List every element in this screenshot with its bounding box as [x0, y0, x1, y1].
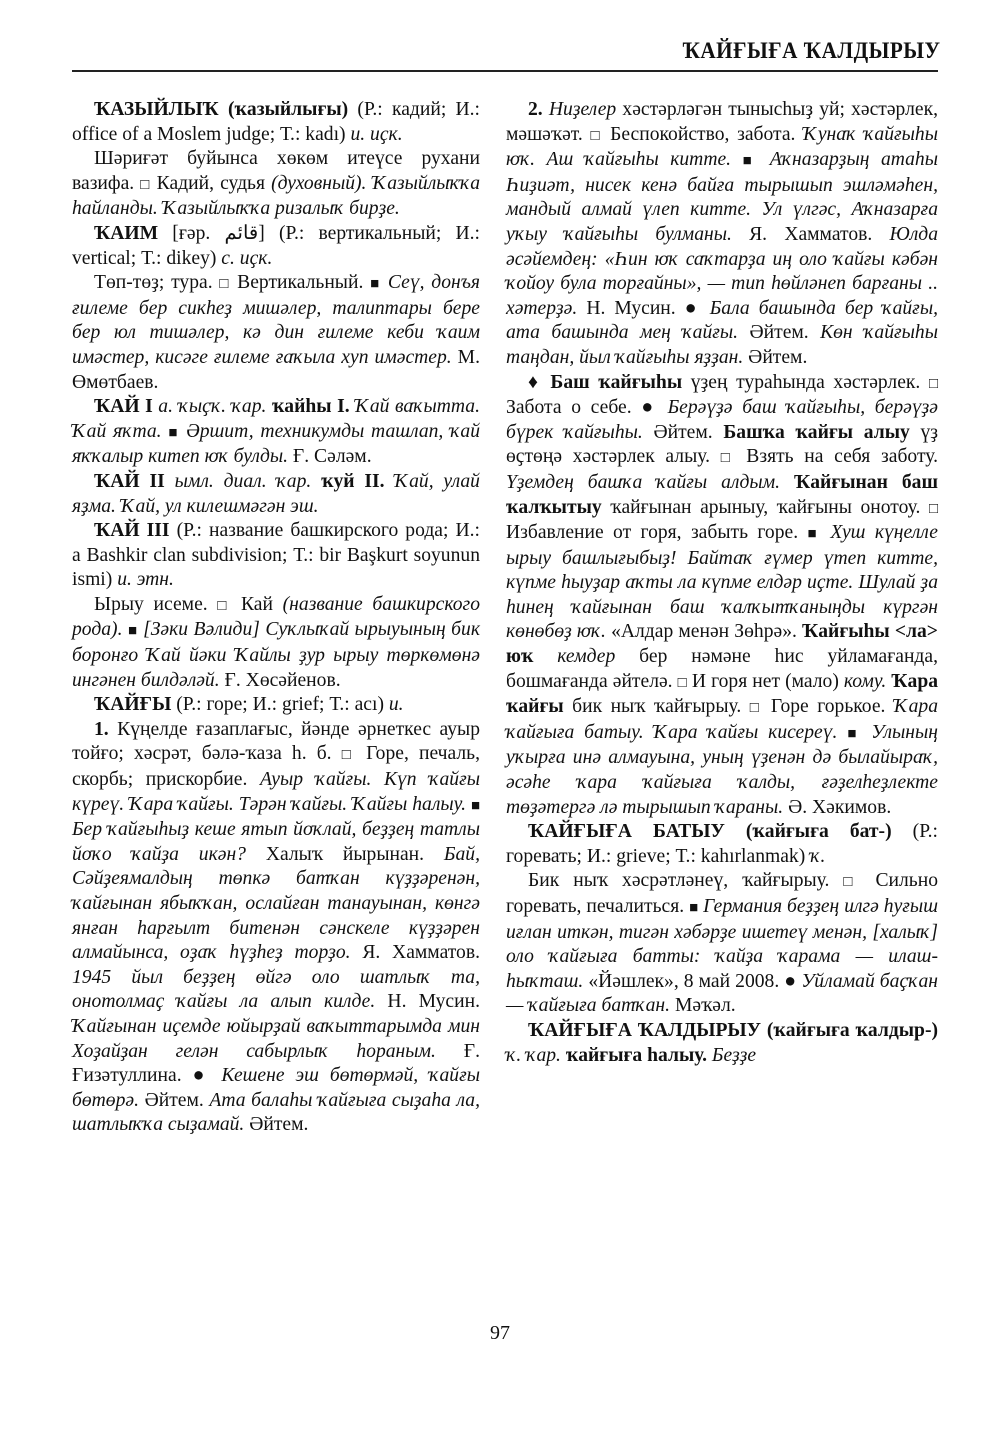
text: Я. Хамматов. [732, 224, 890, 245]
headword-bold: ҡайһы I. [272, 396, 350, 417]
open-square-icon: □ [140, 177, 150, 193]
header-rule [72, 70, 938, 72]
italic-text: Үҙемдең башҡа ҡайғы алдым. [506, 472, 794, 493]
open-square-icon: □ [217, 598, 231, 614]
text: Әйтем. [738, 322, 820, 343]
italic-text: ҡ. [810, 846, 825, 867]
text: ҡайғынан арыныу, ҡайғыны онотоу. [602, 497, 929, 518]
italic-text: кому. [844, 671, 891, 692]
text: И горя нет (мало) [687, 671, 844, 692]
headword-bold: ҡуй II. [321, 471, 384, 492]
text: Халыҡ йырынан. [246, 844, 444, 865]
filled-square-icon: ■ [370, 276, 381, 292]
dictionary-entry: Ырыу исеме. □ Кай (название башкирского … [72, 593, 480, 693]
dictionary-entry: ҠАЗЫЙЛЫҠ (ҡазыйлығы) (Р.: кадий; И.: off… [72, 98, 480, 147]
italic-text: и. этн. [117, 569, 174, 590]
page-number: 97 [0, 1322, 1000, 1345]
text: Әйтем. [743, 347, 807, 368]
text: Төп-төҙ; тура. [94, 272, 219, 293]
filled-square-icon: ■ [808, 526, 822, 542]
text: Избавление от горя, забыть горе. [506, 522, 808, 543]
dictionary-entry: ҠАЙҒЫ (Р.: горе; И.: grief; Т.: acı) и. [72, 693, 480, 718]
italic-text: с. иҫк. [221, 248, 272, 269]
headword-bold: Башҡа ҡайғы алыу [723, 422, 909, 443]
italic-text: Ниҙелер [543, 99, 617, 120]
text: Бик ныҡ хәсрәтләнеү, ҡайғырыу. [528, 870, 843, 891]
text: Ғ. Сәләм. [288, 446, 372, 467]
text: «Алдар менән Зөһрә». [606, 621, 802, 642]
filled-square-icon: ■ [128, 623, 138, 639]
open-square-icon: □ [591, 128, 603, 144]
dictionary-entry: ҠАЙҒЫҒА БАТЫУ (ҡайғыға бат-) (Р.: горева… [506, 820, 938, 869]
dictionary-entry: ҠАЙ I а. ҡыҫҡ. ҡар. ҡайһы I. Ҡай ваҡытта… [72, 395, 480, 470]
bullet-icon: ● [193, 1065, 211, 1086]
italic-text: и. иҫк. [350, 124, 402, 145]
text: Я. Хамматов. [351, 942, 480, 963]
bullet-icon: ● [685, 298, 701, 319]
text: Ырыу исеме. [94, 594, 217, 615]
text: Ғ. Хөсәйенов. [220, 670, 341, 691]
text: Мәҡәл. [670, 995, 736, 1016]
dictionary-entry: Шәриғәт буйынса хөкөм итеүсе рухани вази… [72, 147, 480, 222]
dictionary-entry: Бик ныҡ хәсрәтләнеү, ҡайғырыу. □ Сильно … [506, 869, 938, 1019]
open-square-icon: □ [721, 450, 736, 466]
text: Забота о себе. [506, 397, 641, 418]
headword-bold: ҠАЙ III [94, 520, 170, 541]
open-square-icon: □ [219, 276, 230, 292]
headword-bold: Баш ҡайғыһы [542, 372, 682, 393]
text: Горе горькое. [762, 696, 894, 717]
text: Н. Мусин. [577, 298, 684, 319]
headword-bold: 2. [528, 99, 543, 120]
italic-text: ымл. диал. ҡар. [165, 471, 321, 492]
text: Әйтем. [244, 1114, 308, 1135]
headword-bold: 1. [94, 719, 109, 740]
dictionary-entry: ҠАИМ [ғәр. قائم] (Р.: вертикальный; И.: … [72, 222, 480, 271]
open-square-icon: □ [750, 700, 763, 716]
dictionary-entry: ҠАЙ III (Р.: название башкирского рода; … [72, 519, 480, 593]
italic-text: кемдер [533, 646, 615, 667]
filled-square-icon: ■ [743, 153, 759, 169]
italic-text: Ҡайғынан иҫемде юйырҙай ваҡыттарымда мин… [72, 1016, 480, 1062]
italic-text: ҡ. ҡар. [506, 1045, 566, 1066]
text: Кай [231, 594, 282, 615]
bullet-icon: ● [784, 971, 796, 992]
text: Беспокойство, забота. [602, 124, 803, 145]
dictionary-entry: ♦ Баш ҡайғыһы үҙең тураһында хәстәрлек. … [506, 371, 938, 821]
filled-square-icon: ■ [471, 798, 480, 814]
text: бик ныҡ ҡайғырыу. [564, 696, 750, 717]
headword-bold: ҡайғыға һалыу. [566, 1045, 707, 1066]
text: Н. Мусин. [375, 991, 480, 1012]
dictionary-entry: ҠАЙ II ымл. диал. ҡар. ҡуй II. Ҡай, улай… [72, 470, 480, 519]
headword-bold: ҠАЙҒЫҒА БАТЫУ (ҡайғыға бат-) [528, 821, 892, 842]
text: Әйтем. [643, 422, 724, 443]
text: үҙең тураһында хәстәрлек. [682, 372, 929, 393]
open-square-icon: □ [929, 376, 938, 392]
open-square-icon: □ [678, 675, 687, 691]
italic-text: Беҙҙе [707, 1045, 756, 1066]
open-square-icon: □ [929, 501, 938, 517]
headword-bold: ҠАЙ II [94, 471, 165, 492]
text: Взять на себя заботу. [736, 446, 938, 467]
text: Кадий, судья [151, 173, 272, 194]
headword-bold: ҠАЗЫЙЛЫҠ (ҡазыйлығы) [94, 99, 348, 120]
dictionary-entry: 1. Күңелде ғазаплағыс, йәнде әрнеткес ау… [72, 718, 480, 1138]
italic-text: а. ҡыҫҡ. ҡар. [153, 396, 272, 417]
open-square-icon: □ [342, 747, 356, 763]
right-column: 2. Ниҙелер хәстәрләгән тынысһыҙ уй; хәст… [506, 98, 938, 1068]
headword-bold: ҠАЙҒЫ [94, 694, 171, 715]
open-square-icon: □ [843, 874, 861, 890]
italic-text: и. [389, 694, 404, 715]
headword-bold: ҠАИМ [94, 223, 158, 244]
headword-bold: ҠАЙҒЫҒА ҠАЛДЫРЫУ (ҡайғыға ҡалдыр-) [528, 1020, 938, 1041]
running-head: ҠАЙҒЫҒА ҠАЛДЫРЫУ [682, 38, 940, 64]
text: Әйтем. [139, 1090, 209, 1111]
filled-square-icon: ■ [847, 726, 861, 742]
dictionary-entry: Төп-төҙ; тура. □ Вертикальный. ■ Сеү, до… [72, 271, 480, 395]
text: Вертикальный. [230, 272, 370, 293]
bullet-icon: ● [641, 397, 658, 418]
filled-square-icon: ■ [689, 900, 698, 916]
left-column: ҠАЗЫЙЛЫҠ (ҡазыйлығы) (Р.: кадий; И.: off… [72, 98, 480, 1138]
text: (Р.: горе; И.: grief; Т.: acı) [171, 694, 389, 715]
filled-square-icon: ■ [168, 425, 179, 441]
text: «Йәшлек», 8 май 2008. [583, 971, 784, 992]
headword-bold: ҠАЙ I [94, 396, 153, 417]
diamond-icon: ♦ [528, 372, 542, 393]
dictionary-entry: ҠАЙҒЫҒА ҠАЛДЫРЫУ (ҡайғыға ҡалдыр-) ҡ. ҡа… [506, 1019, 938, 1068]
dictionary-entry: 2. Ниҙелер хәстәрләгән тынысһыҙ уй; хәст… [506, 98, 938, 371]
text: Ә. Хәкимов. [783, 797, 891, 818]
